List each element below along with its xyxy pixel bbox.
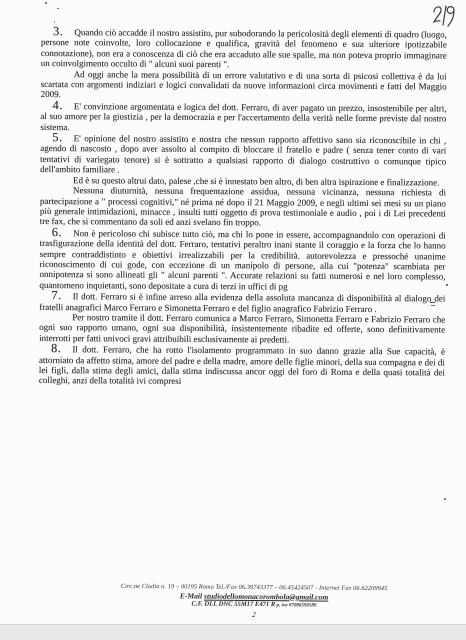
paragraph-number: 3. (53, 24, 74, 38)
paragraph-text: Per nostro tramite il dott. Ferraro comu… (39, 312, 445, 344)
paragraph-text: Il dott. Ferraro si è infine arreso alla… (39, 291, 445, 313)
paragraph-text: Non è pericoloso chi subisce tutto ciò, … (39, 228, 445, 291)
paragraph-7: 7.Il dott. Ferraro si è infine arreso al… (39, 290, 445, 314)
scan-edge-strip (0, 624, 466, 640)
paragraph-5-sub2: Nessuna diuturnità, nessuna frequentazio… (40, 185, 446, 229)
letterhead-footer: Circ.ne Clodia n. 19 – 00195 Roma Tel./F… (50, 582, 458, 621)
paragraph-3-sub: Ad oggi anche la mera possibilità di un … (41, 69, 447, 103)
paragraph-text: Il dott. Ferraro, che ha rotto l'isolame… (39, 344, 445, 386)
scan-speckle (54, 21, 55, 23)
paragraph-5: 5.E' opinione del nostro assistito e nos… (40, 132, 446, 177)
paragraph-text: Nessuna diuturnità, nessuna frequentazio… (40, 185, 446, 227)
email-label: E-Mail (180, 591, 204, 600)
paragraph-6: 6.Non è pericoloso chi subisce tutto ciò… (39, 227, 445, 293)
paragraph-7-sub: Per nostro tramite il dott. Ferraro comu… (39, 312, 445, 346)
document-body: 3.Quando ciò accadde il nostro assistito… (39, 26, 447, 388)
scanned-document-page: 3.Quando ciò accadde il nostro assistito… (0, 0, 466, 640)
paragraph-text: E' convinzione argomentata e logica del … (40, 101, 446, 132)
paragraph-4: 4.E' convinzione argomentata e logica de… (40, 100, 446, 135)
paragraph-text: Quando ciò accadde il nostro assistito, … (41, 27, 447, 69)
paragraph-number: 7. (51, 288, 72, 302)
scan-artifact (446, 284, 448, 286)
paragraph-text: Ad oggi anche la mera possibilità di un … (41, 69, 447, 100)
paragraph-number: 5. (52, 130, 73, 144)
paragraph-number: 6. (52, 225, 73, 239)
paragraph-text: E' opinione del nostro assistito e nostr… (40, 133, 446, 174)
email-address: studiodellomonacorombola@gmail.com (204, 591, 328, 601)
paragraph-number: 4. (52, 98, 73, 112)
paragraph-number: 8. (51, 341, 72, 355)
partita-iva: p. iva 07086590589 (275, 603, 316, 608)
paragraph-3: 3.Quando ciò accadde il nostro assistito… (41, 26, 447, 71)
page-number: 2 (50, 608, 458, 621)
scan-artifact (444, 498, 446, 500)
scan-speckle (57, 8, 59, 9)
codice-fiscale: C.F. DLL DNC 55M17 E471 R (192, 600, 276, 608)
paragraph-8: 8.Il dott. Ferraro, che ha rotto l'isola… (39, 343, 445, 388)
scan-speckle (45, 2, 47, 4)
